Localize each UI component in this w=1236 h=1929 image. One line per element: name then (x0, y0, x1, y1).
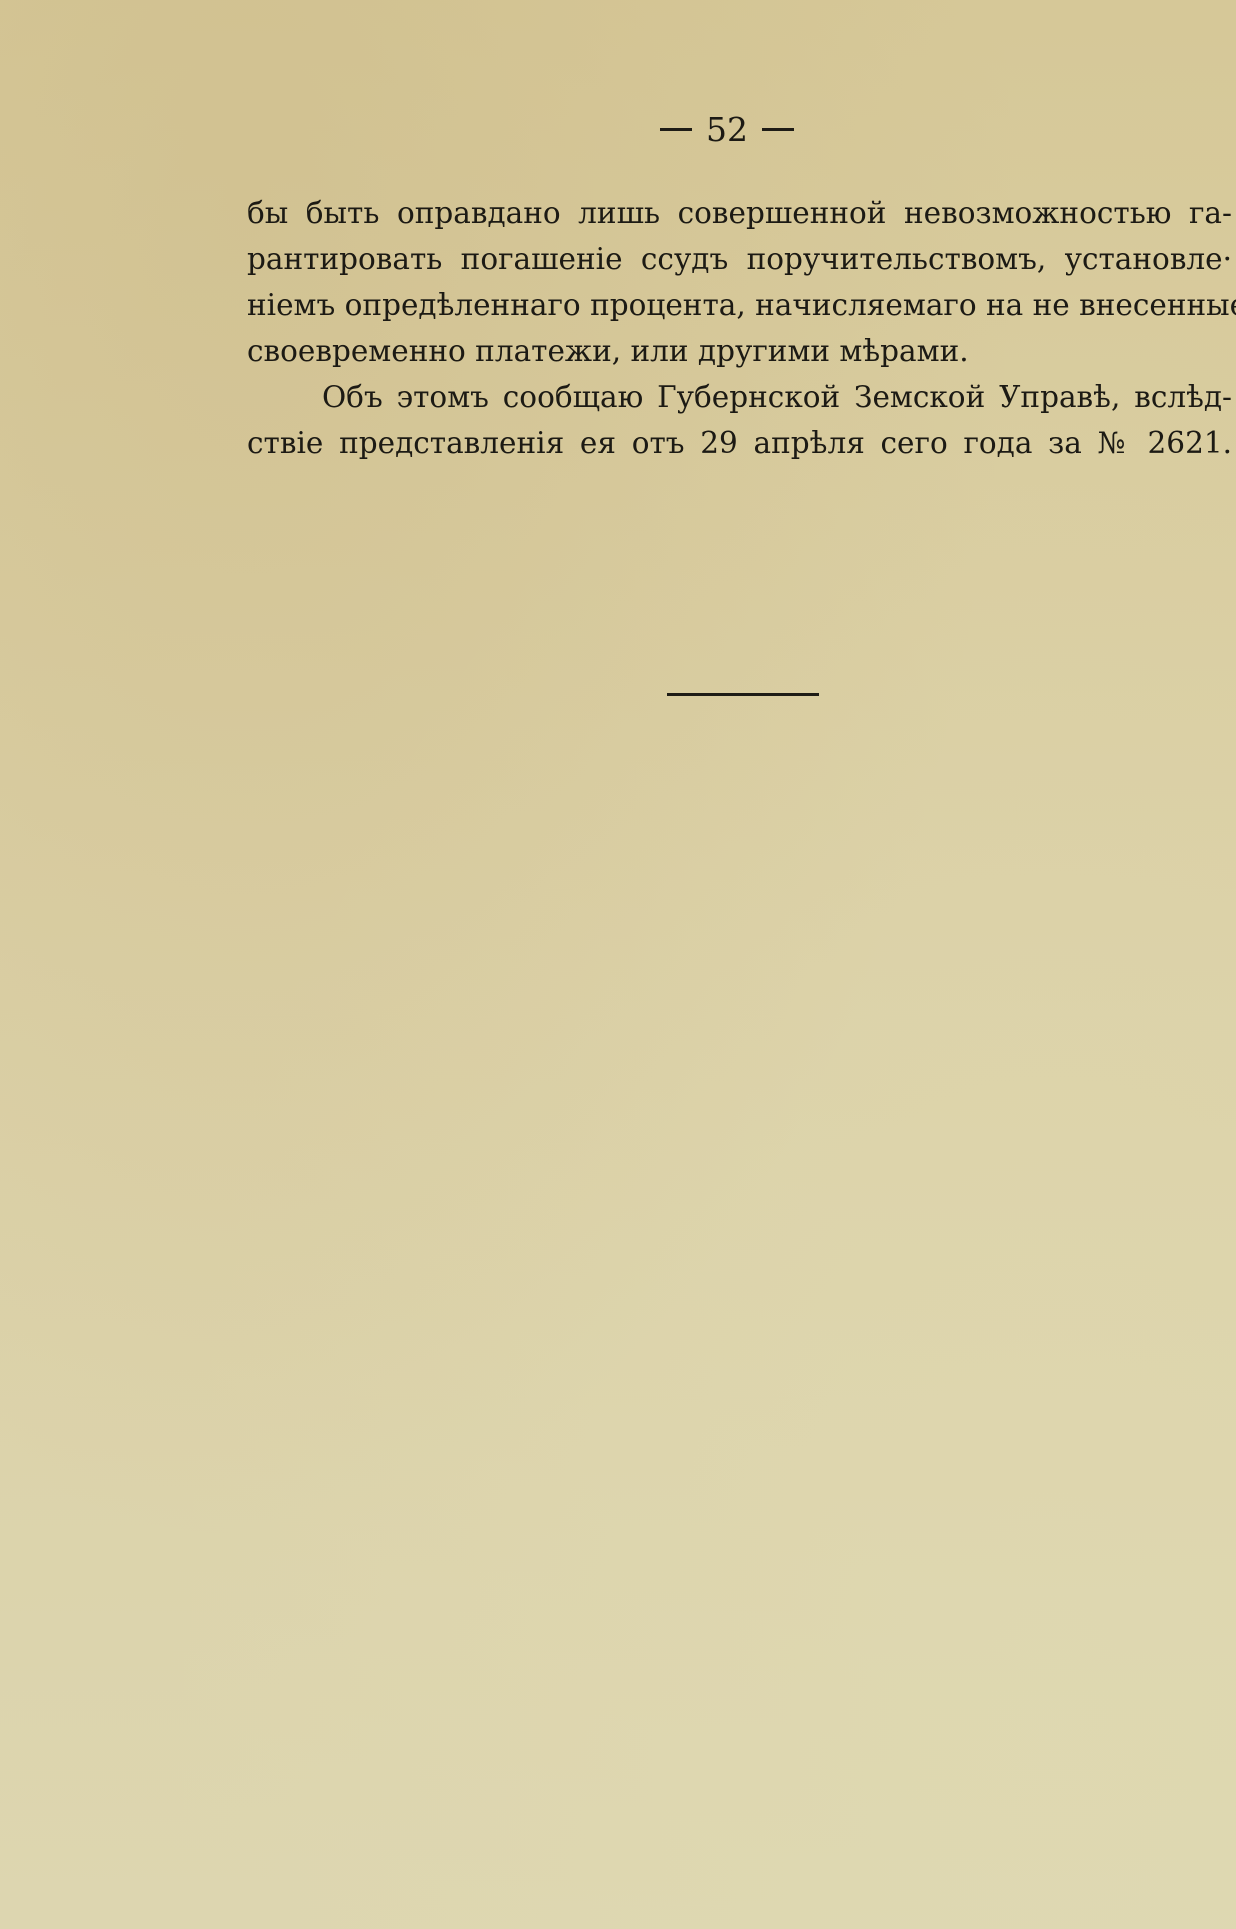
section-divider-rule (667, 693, 819, 696)
page-number: 52 (660, 110, 794, 149)
text-line: Объ этомъ сообщаю Губернской Земской Упр… (247, 374, 1232, 420)
text-line: своевременно платежи, или другими мѣрами… (247, 328, 1232, 374)
text-line: рантировать погашеніе ссудъ поручительст… (247, 236, 1232, 282)
page-number-value: 52 (706, 110, 748, 149)
show-through-background (250, 590, 1110, 636)
text-line: ніемъ опредѣленнаго процента, начисляема… (247, 282, 1232, 328)
text-line: ствіе представленія ея отъ 29 апрѣля сег… (247, 420, 1232, 466)
paragraph-2: Объ этомъ сообщаю Губернской Земской Упр… (247, 374, 1232, 466)
text-line: бы быть оправдано лишь совершенной невоз… (247, 190, 1232, 236)
paragraph-1: бы быть оправдано лишь совершенной невоз… (247, 190, 1232, 374)
page-number-dash-right (762, 128, 794, 131)
scanned-page: 52 бы быть оправдано лишь совершенной не… (0, 0, 1236, 1929)
body-text: бы быть оправдано лишь совершенной невоз… (247, 190, 1232, 466)
page-number-dash-left (660, 128, 692, 131)
